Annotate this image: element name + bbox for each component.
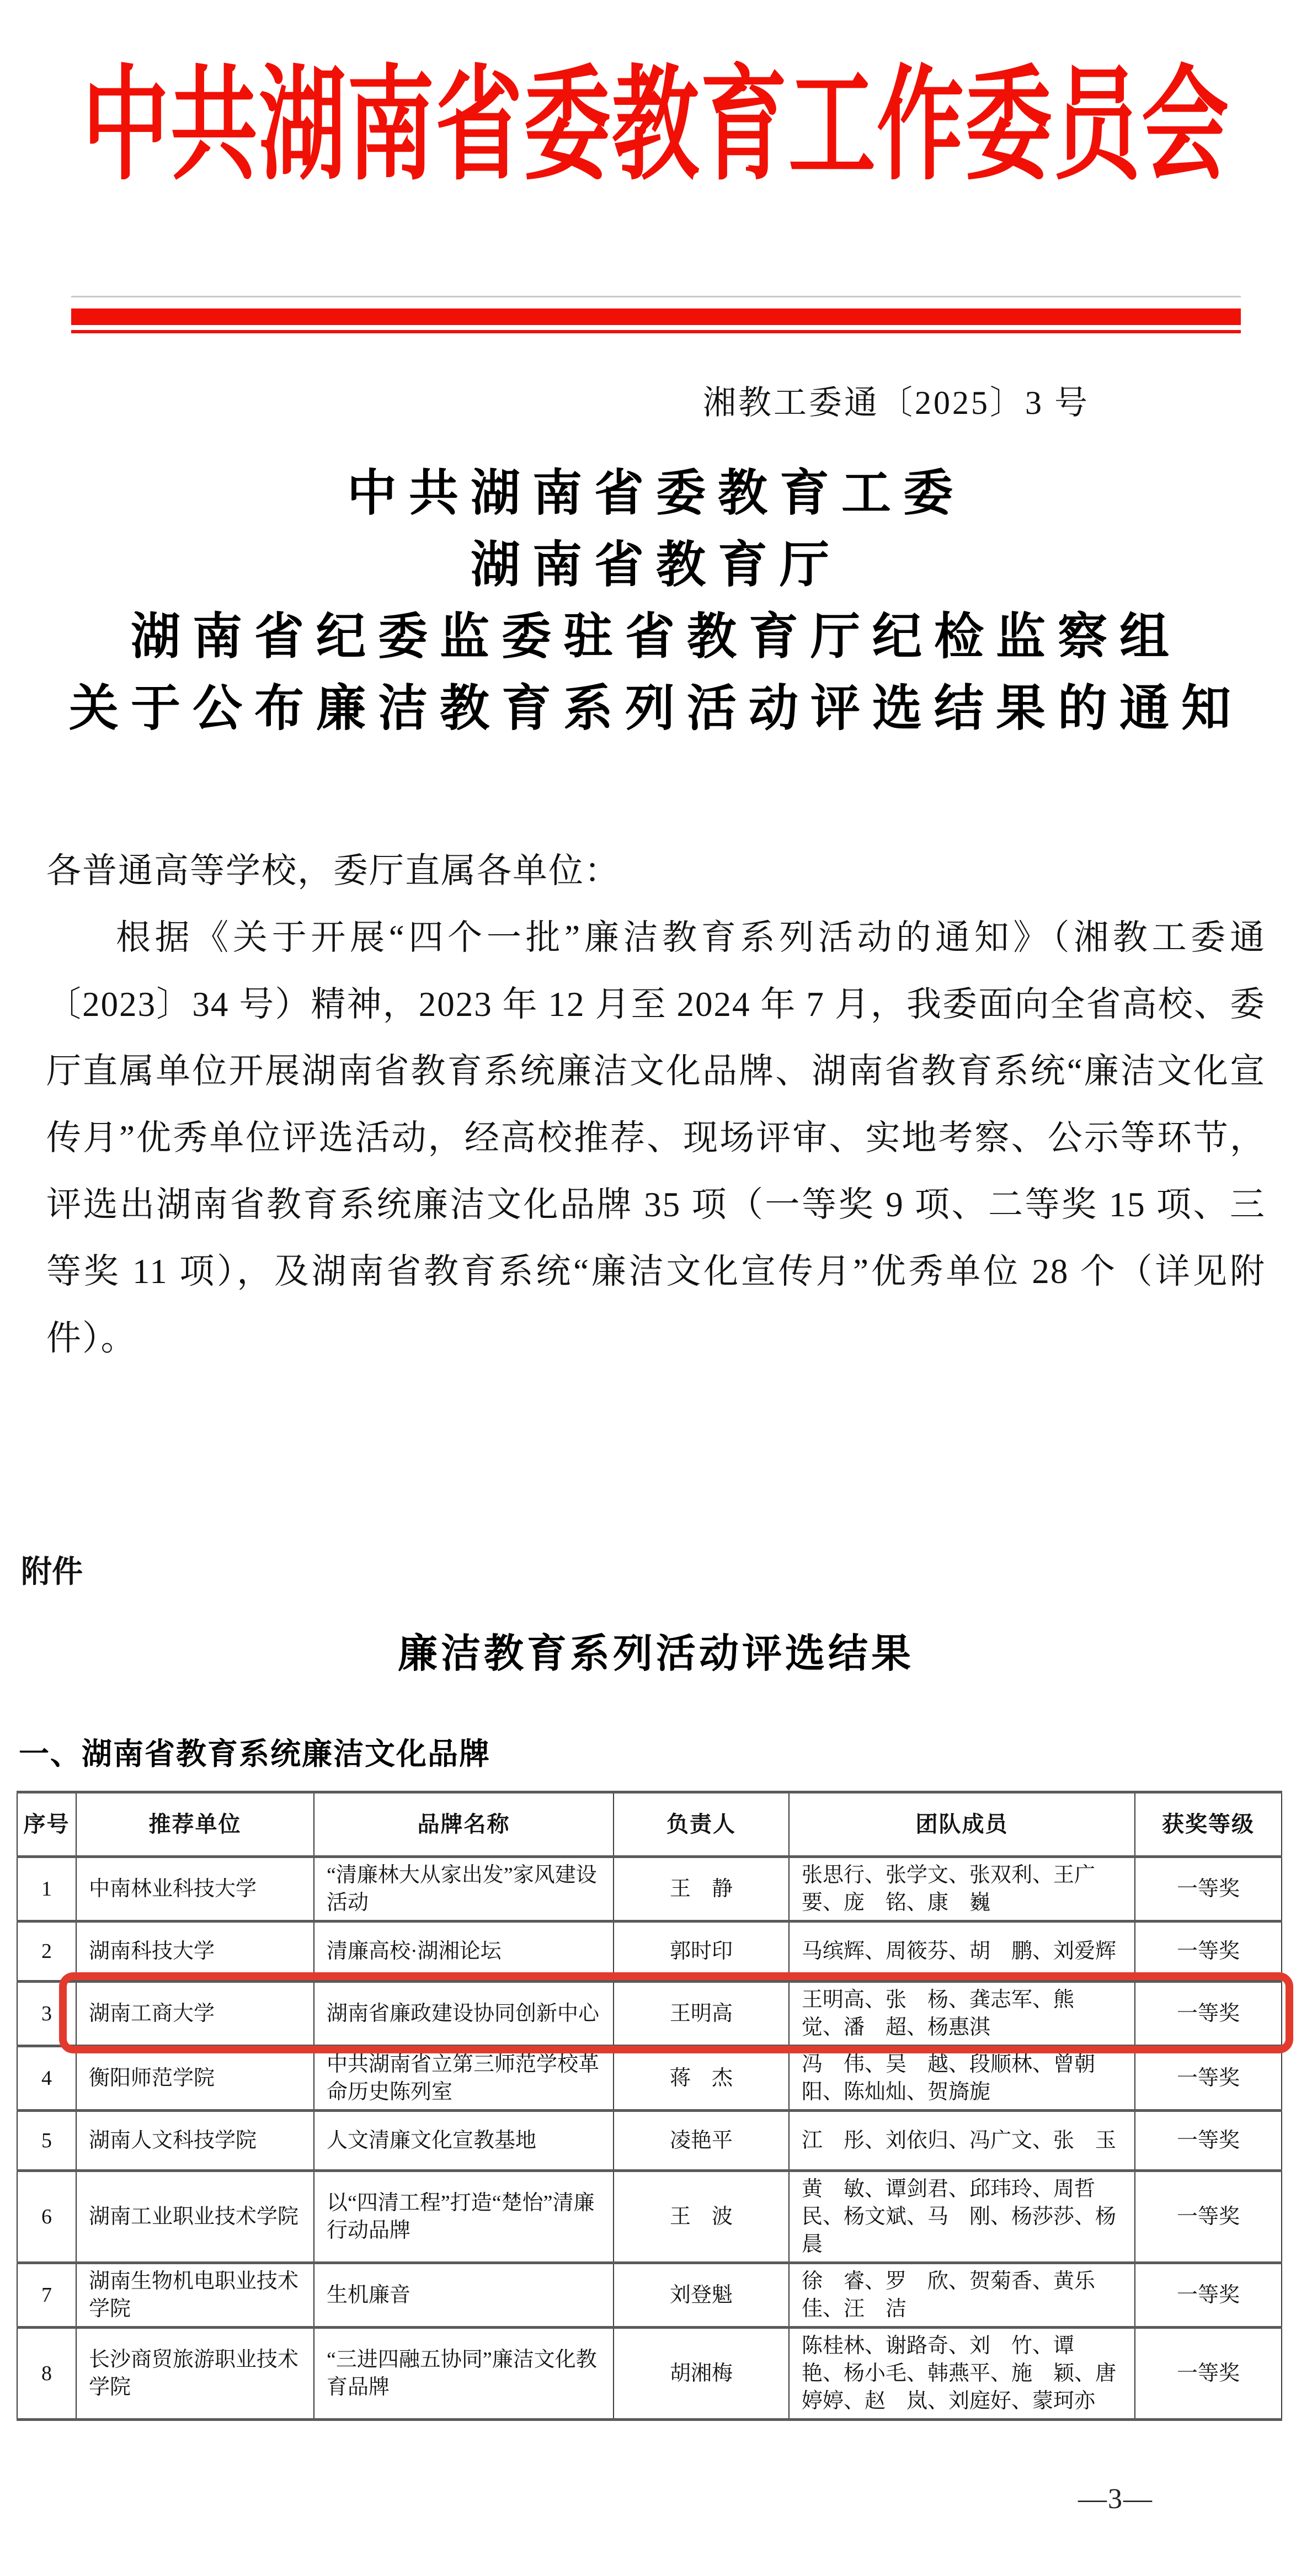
column-header-0: 序号 [17,1792,76,1857]
title-line-4: 关于公布廉洁教育系列活动评选结果的通知 [0,673,1312,745]
cell-team: 张思行、张学文、张双利、王广要、庞 铭、康 巍 [789,1857,1135,1922]
column-header-3: 负责人 [614,1792,789,1857]
cell-unit: 湖南工业职业技术学院 [76,2171,314,2263]
attachment-label: 附件 [21,1547,1312,1592]
cell-no: 7 [17,2263,76,2328]
cell-team: 黄 敏、谭剑君、邱玮玲、周哲民、杨文斌、马 刚、杨莎莎、杨 晨 [789,2171,1135,2263]
separator-red-bar [71,308,1241,325]
cell-team: 陈桂林、谢路奇、刘 竹、谭 艳、杨小毛、韩燕平、施 颖、唐婷婷、赵 岚、刘庭好、… [789,2328,1135,2420]
cell-leader: 凌艳平 [614,2111,789,2171]
column-header-2: 品牌名称 [314,1792,614,1857]
document-page: 中共湖南省委教育工作委员会 湘教工委通〔2025〕3 号 中共湖南省委教育工委 … [0,0,1312,2576]
cell-no: 2 [17,1922,76,1982]
column-header-1: 推荐单位 [76,1792,314,1857]
column-header-5: 获奖等级 [1135,1792,1282,1857]
cell-leader: 王明高 [614,1982,789,2046]
cell-unit: 湖南工商大学 [76,1982,314,2046]
cell-leader: 胡湘梅 [614,2328,789,2420]
cell-award: 一等奖 [1135,2111,1282,2171]
table-header-row: 序号推荐单位品牌名称负责人团队成员获奖等级 [17,1792,1282,1857]
cell-no: 3 [17,1982,76,2046]
title-line-2: 湖南省教育厅 [0,530,1312,602]
document-title: 中共湖南省委教育工委 湖南省教育厅 湖南省纪委监委驻省教育厅纪检监察组 关于公布… [0,458,1312,745]
body-paragraph: 根据《关于开展“四个一批”廉洁教育系列活动的通知》（湘教工委通〔2023〕34 … [46,904,1266,1372]
document-number: 湘教工委通〔2025〕3 号 [0,376,1312,424]
cell-team: 王明高、张 杨、龚志军、熊 觉、潘 超、杨惠淇 [789,1982,1135,2046]
cell-no: 1 [17,1857,76,1922]
attachment-title: 廉洁教育系列活动评选结果 [0,1621,1312,1679]
cell-leader: 王 静 [614,1857,789,1922]
cell-leader: 王 波 [614,2171,789,2263]
cell-award: 一等奖 [1135,2263,1282,2328]
cell-brand: 中共湖南省立第三师范学校革命历史陈列室 [314,2046,614,2111]
title-line-3: 湖南省纪委监委驻省教育厅纪检监察组 [0,602,1312,673]
cell-no: 5 [17,2111,76,2171]
letterhead-separator [71,296,1241,333]
table-row: 5湖南人文科技学院人文清廉文化宣教基地凌艳平江 彤、刘依归、冯广文、张 玉一等奖 [17,2111,1282,2171]
awards-table-wrap: 序号推荐单位品牌名称负责人团队成员获奖等级 1中南林业科技大学“清廉林大从家出发… [17,1791,1281,2421]
column-header-4: 团队成员 [789,1792,1135,1857]
cell-unit: 湖南人文科技学院 [76,2111,314,2171]
cell-award: 一等奖 [1135,2171,1282,2263]
cell-leader: 蒋 杰 [614,2046,789,2111]
letterhead-text: 中共湖南省委教育工作委员会 [82,65,1230,189]
cell-brand: “清廉林大从家出发”家风建设活动 [314,1857,614,1922]
cell-unit: 湖南生物机电职业技术学院 [76,2263,314,2328]
cell-team: 冯 伟、吴 越、段顺林、曾朝阳、陈灿灿、贺旖旎 [789,2046,1135,2111]
cell-team: 马缤辉、周筱芬、胡 鹏、刘爱辉 [789,1922,1135,1982]
table-row: 3湖南工商大学湖南省廉政建设协同创新中心王明高王明高、张 杨、龚志军、熊 觉、潘… [17,1982,1282,2046]
separator-gray-line [71,296,1241,297]
cell-award: 一等奖 [1135,1857,1282,1922]
cell-award: 一等奖 [1135,1982,1282,2046]
table-row: 8长沙商贸旅游职业技术学院“三进四融五协同”廉洁文化教育品牌胡湘梅陈桂林、谢路奇… [17,2328,1282,2420]
cell-unit: 衡阳师范学院 [76,2046,314,2111]
document-body: 各普通高等学校，委厅直属各单位： 根据《关于开展“四个一批”廉洁教育系列活动的通… [0,838,1312,1372]
cell-unit: 长沙商贸旅游职业技术学院 [76,2328,314,2420]
cell-brand: 清廉高校·湖湘论坛 [314,1922,614,1982]
table-row: 7湖南生物机电职业技术学院生机廉音刘登魁徐 睿、罗 欣、贺菊香、黄乐佳、汪 洁一… [17,2263,1282,2328]
cell-award: 一等奖 [1135,2046,1282,2111]
table-row: 6湖南工业职业技术学院以“四清工程”打造“楚怡”清廉行动品牌王 波黄 敏、谭剑君… [17,2171,1282,2263]
table-row: 2湖南科技大学清廉高校·湖湘论坛郭时印马缤辉、周筱芬、胡 鹏、刘爱辉一等奖 [17,1922,1282,1982]
cell-award: 一等奖 [1135,1922,1282,1982]
cell-unit: 中南林业科技大学 [76,1857,314,1922]
cell-team: 徐 睿、罗 欣、贺菊香、黄乐佳、汪 洁 [789,2263,1135,2328]
table-row: 4衡阳师范学院中共湖南省立第三师范学校革命历史陈列室蒋 杰冯 伟、吴 越、段顺林… [17,2046,1282,2111]
separator-red-line [71,330,1241,333]
cell-team: 江 彤、刘依归、冯广文、张 玉 [789,2111,1135,2171]
cell-no: 8 [17,2328,76,2420]
page-number: —3— [0,2483,1312,2515]
cell-brand: 人文清廉文化宣教基地 [314,2111,614,2171]
cell-brand: 湖南省廉政建设协同创新中心 [314,1982,614,2046]
cell-leader: 刘登魁 [614,2263,789,2328]
cell-brand: “三进四融五协同”廉洁文化教育品牌 [314,2328,614,2420]
cell-brand: 生机廉音 [314,2263,614,2328]
table-body: 1中南林业科技大学“清廉林大从家出发”家风建设活动王 静张思行、张学文、张双利、… [17,1857,1282,2420]
cell-no: 6 [17,2171,76,2263]
cell-no: 4 [17,2046,76,2111]
salutation: 各普通高等学校，委厅直属各单位： [46,838,1266,904]
cell-unit: 湖南科技大学 [76,1922,314,1982]
awards-table: 序号推荐单位品牌名称负责人团队成员获奖等级 1中南林业科技大学“清廉林大从家出发… [17,1791,1282,2421]
cell-award: 一等奖 [1135,2328,1282,2420]
title-line-1: 中共湖南省委教育工委 [0,458,1312,530]
table-row: 1中南林业科技大学“清廉林大从家出发”家风建设活动王 静张思行、张学文、张双利、… [17,1857,1282,1922]
section-heading: 一、湖南省教育系统廉洁文化品牌 [19,1729,1312,1773]
cell-brand: 以“四清工程”打造“楚怡”清廉行动品牌 [314,2171,614,2263]
letterhead: 中共湖南省委教育工作委员会 [0,65,1312,247]
cell-leader: 郭时印 [614,1922,789,1982]
